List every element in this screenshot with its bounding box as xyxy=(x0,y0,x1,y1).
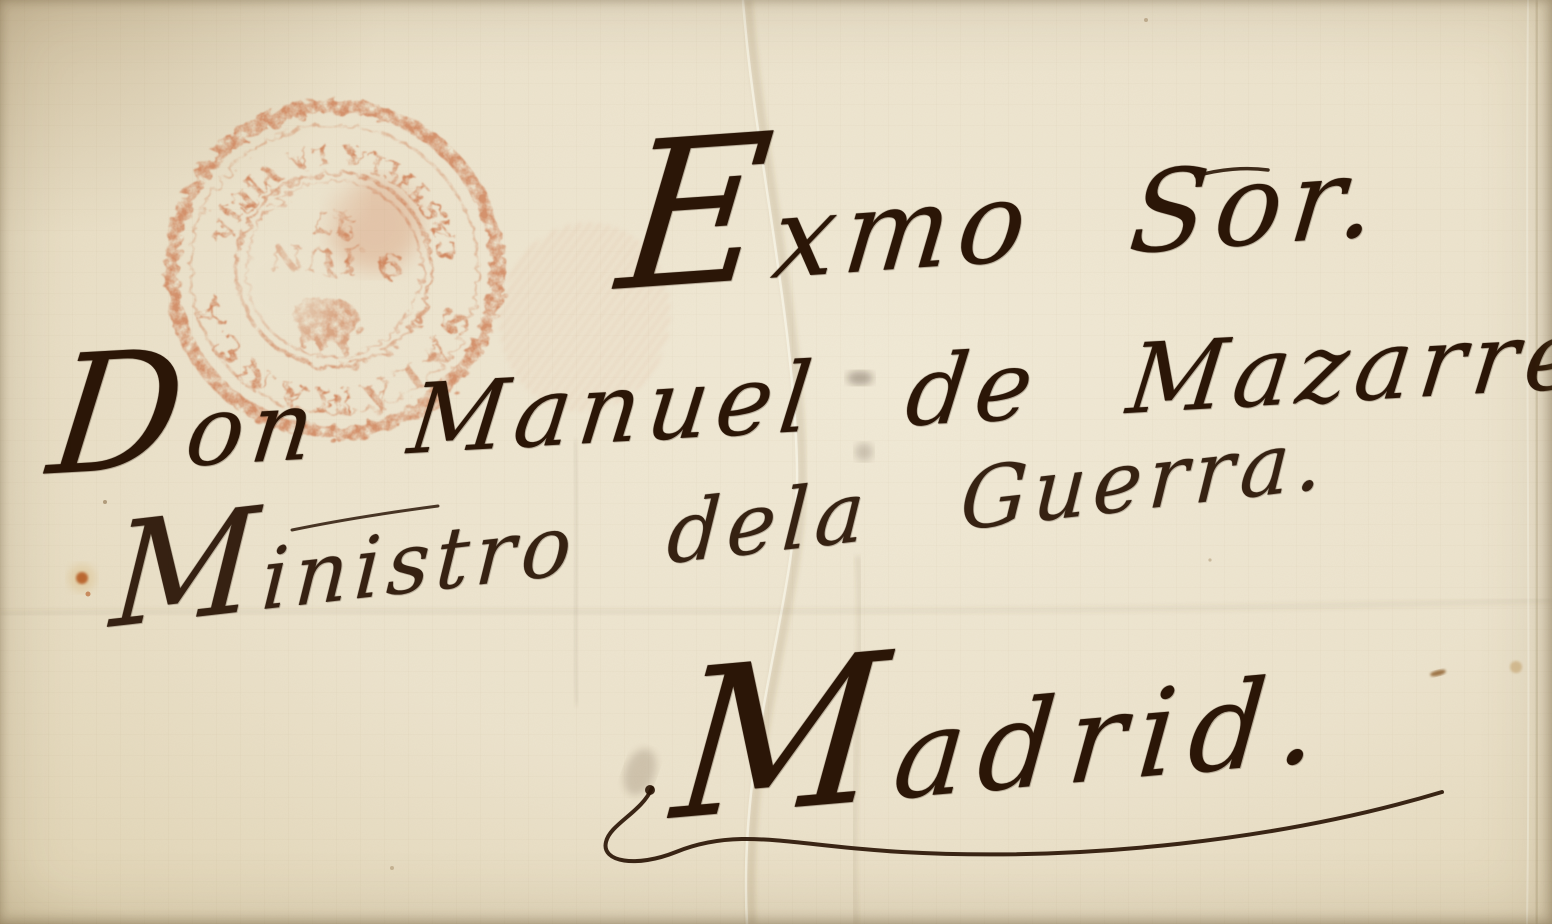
postmark-year-text: 47 xyxy=(312,205,361,247)
postmark-date-text: 9 JUN xyxy=(269,239,407,289)
letter-cover: SALAMANCA CASTILLA LA VIEJA 9 JUN 47 xyxy=(0,0,1552,924)
svg-text:CASTILLA LA VIEJA: CASTILLA LA VIEJA xyxy=(208,133,475,269)
postmark-region-text: CASTILLA LA VIEJA xyxy=(208,133,475,269)
postmark-overink-blotch xyxy=(329,179,421,271)
corner-shadow xyxy=(0,0,420,260)
postmark-fade-patch xyxy=(287,157,363,233)
address-line-destination: Madrid. xyxy=(667,587,1341,851)
